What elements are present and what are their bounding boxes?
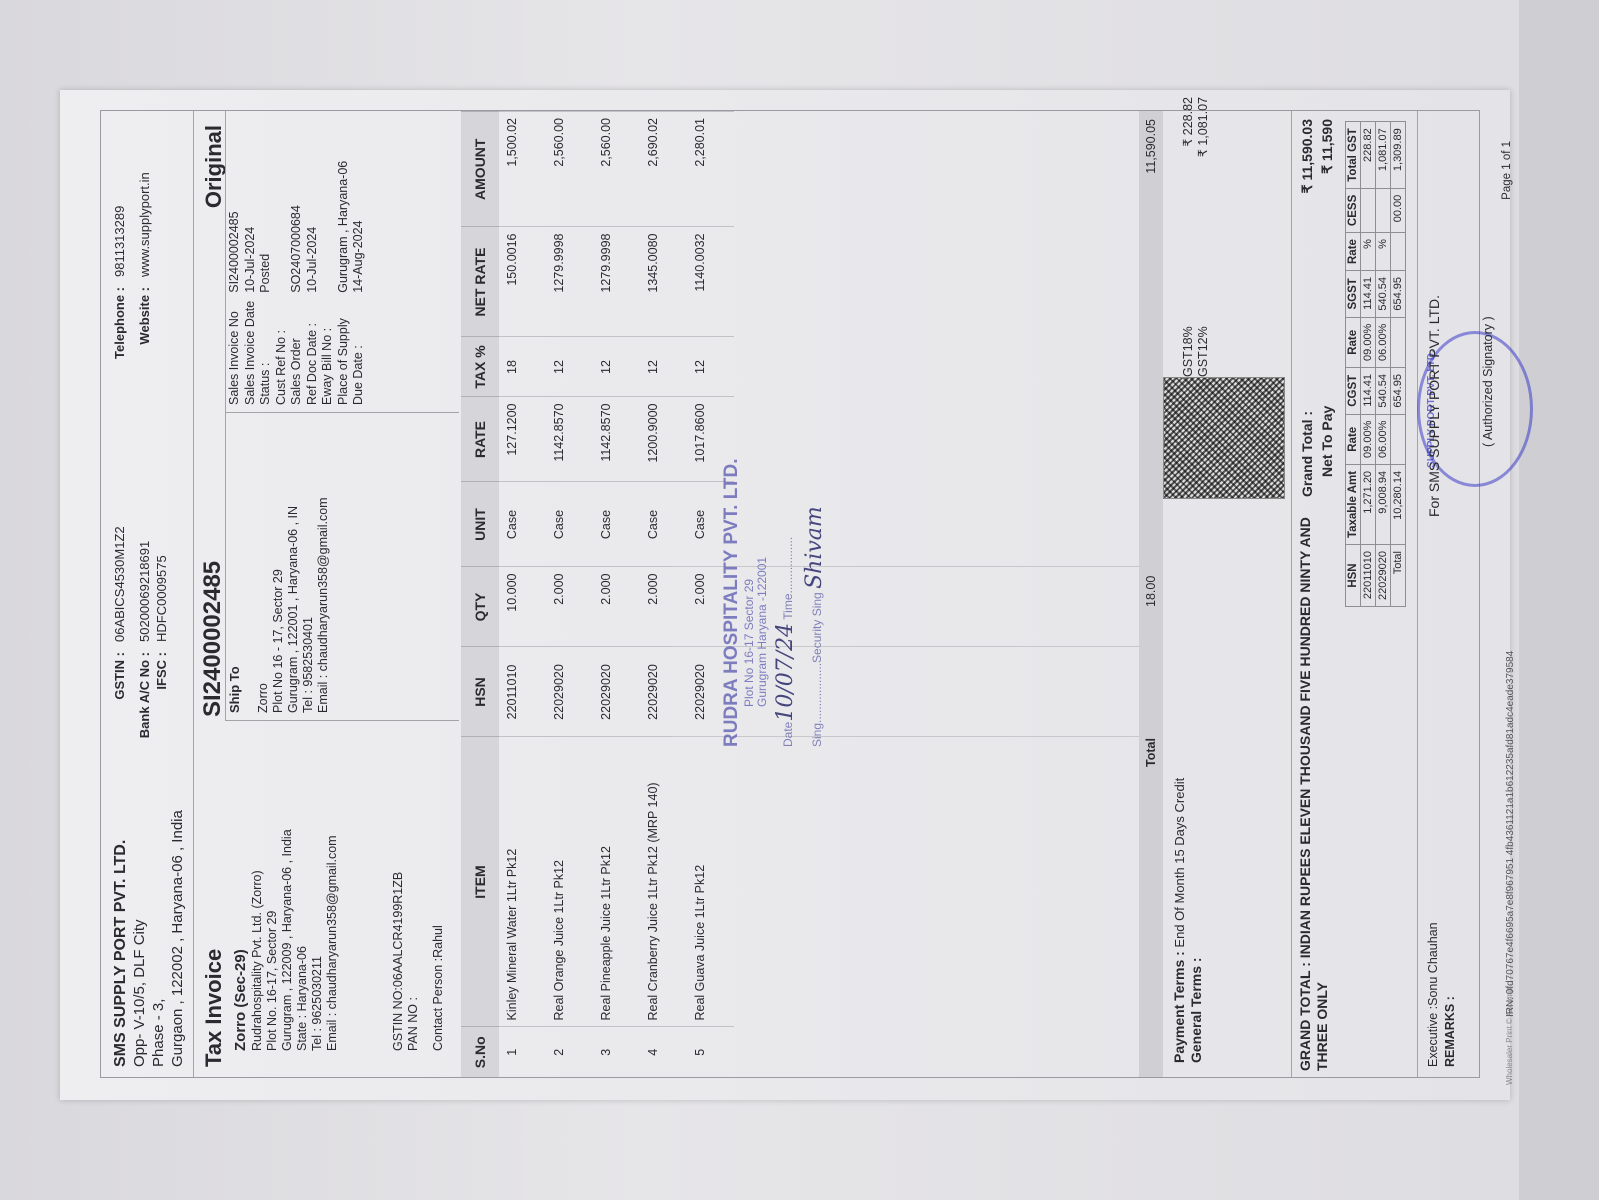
gst-summary-value: ₹ 1,081.07 [1196, 97, 1211, 157]
table-cell: 1200.9000 [640, 397, 687, 482]
table-cell: 22029020 [1376, 545, 1391, 607]
table-cell [1391, 317, 1406, 367]
telephone: 9811313289 [112, 206, 127, 277]
gst-summary-label: GST12% [1196, 326, 1210, 377]
table-row: 2Real Orange Juice 1Ltr Pk12220290202.00… [546, 112, 593, 1078]
table-cell: 2.000 [546, 567, 593, 647]
table-cell: 9,008.94 [1376, 464, 1391, 544]
table-cell: 12 [640, 337, 687, 397]
column-header: Rate [1346, 233, 1361, 271]
table-row: 1Kinley Mineral Water 1Ltr Pk12220110101… [499, 112, 546, 1078]
table-cell: 228.82 [1361, 122, 1376, 188]
table-cell: 06.00% [1376, 414, 1391, 464]
gst-summary-value: ₹ 228.82 [1181, 97, 1196, 147]
divider [193, 111, 194, 1077]
hsn-tax-table: HSNTaxable AmtRateCGSTRateSGSTRateCESSTo… [1345, 121, 1406, 607]
bill-to-block: Zorro (Sec-29) Rudrahospitality Pvt. Ltd… [233, 829, 340, 1051]
seller-address-line: Phase - 3, [149, 810, 168, 1067]
time-label: Time................. [781, 537, 795, 620]
bill-to-line: Email : chaudharyarun358@gmail.com [325, 829, 340, 1051]
table-cell: 10.000 [499, 567, 546, 647]
bill-to-line: Gurugram , 122009 , Haryana-06 , India [280, 829, 295, 1051]
table-cell: Total [1391, 545, 1406, 607]
buyer-pan: PAN NO : [406, 872, 421, 1051]
payment-terms-value: End Of Month 15 Days Credit [1172, 778, 1187, 948]
seller-contact-block: Telephone :9811313289 Website :www.suppl… [111, 172, 153, 377]
payment-terms-label: Payment Terms : [1171, 951, 1187, 1063]
meta-label: Status : [258, 293, 274, 405]
meta-row: Due Date :14-Aug-2024 [351, 153, 367, 405]
grand-total-value: ₹ 11,590.03 [1297, 119, 1317, 193]
table-cell: 12 [687, 337, 734, 397]
table-cell: 1142.8570 [593, 397, 640, 482]
bill-to-heading: Zorro (Sec-29) [233, 829, 248, 1051]
table-cell: 1142.8570 [546, 397, 593, 482]
meta-row: Ref Doc Date :10-Jul-2024 [305, 153, 321, 405]
table-cell [1391, 414, 1406, 464]
table-cell: 1279.9998 [546, 227, 593, 337]
column-header: CESS [1346, 188, 1361, 232]
net-to-pay-value: ₹ 11,590 [1317, 119, 1337, 193]
table-cell: 12 [546, 337, 593, 397]
table-cell: 3 [593, 1027, 640, 1077]
meta-label: Cust Ref No : [274, 293, 290, 405]
meta-label: Due Date : [351, 293, 367, 405]
meta-row: Sales Invoice NoSI2400002485 [227, 153, 243, 405]
table-cell: 1140.0032 [687, 227, 734, 337]
items-table: S.NoITEMHSNQTYUNITRATETAX %NET RATEAMOUN… [461, 111, 734, 1077]
document-title: Tax Invoice [201, 949, 227, 1067]
meta-row: Status :Posted [258, 153, 274, 405]
ship-to-line: Email : chaudharyarun358@gmail.com [316, 497, 331, 713]
column-header: HSN [461, 647, 499, 737]
meta-row: Eway Bill No : [320, 153, 336, 405]
contact-person: Contact Person :Rahul [431, 925, 445, 1051]
telephone-label: Telephone : [111, 287, 128, 377]
column-header: TAX % [461, 337, 499, 397]
invoice-number-heading: SI2400002485 [199, 561, 227, 717]
grand-total-values: ₹ 11,590.03 ₹ 11,590 [1297, 119, 1337, 193]
invoice-meta: Sales Invoice NoSI2400002485Sales Invoic… [227, 153, 367, 405]
table-cell: 1,309.89 [1391, 122, 1406, 188]
total-qty: 18.00 [1144, 576, 1158, 607]
bill-to-line: Tel : 9625030211 [310, 829, 325, 1051]
sign-label: Sing..................Security Sing [810, 592, 824, 747]
table-cell: 654.95 [1391, 271, 1406, 318]
divider [1417, 111, 1418, 1077]
table-cell: 150.0016 [499, 227, 546, 337]
column-header: HSN [1346, 545, 1361, 607]
column-header: Rate [1346, 414, 1361, 464]
seller-block: SMS SUPPLY PORT PVT. LTD. Opp- V-10/5, D… [111, 810, 187, 1067]
column-header: ITEM [461, 737, 499, 1027]
table-cell: Real Pineapple Juice 1Ltr Pk12 [593, 737, 640, 1027]
table-cell [1391, 233, 1406, 271]
bill-to-line: Plot No. 16-17, Sector 29 [265, 829, 280, 1051]
table-cell: Real Cranberry Juice 1Ltr Pk12 (MRP 140) [640, 737, 687, 1027]
meta-row: Sales Invoice Date10-Jul-2024 [243, 153, 259, 405]
meta-value [274, 153, 290, 293]
table-cell: 1,271.20 [1361, 464, 1376, 544]
table-cell: 1 [499, 1027, 546, 1077]
column-header: RATE [461, 397, 499, 482]
meta-label: Eway Bill No : [320, 293, 336, 405]
handwritten-date: 10/07/24 [773, 623, 798, 722]
table-cell [1361, 188, 1376, 232]
table-cell: Case [546, 482, 593, 567]
table-row: 220290209,008.9406.00%540.5406.00%540.54… [1376, 122, 1391, 607]
table-row: 3Real Pineapple Juice 1Ltr Pk12220290202… [593, 112, 640, 1078]
meta-value [320, 153, 336, 293]
column-header: AMOUNT [461, 112, 499, 228]
meta-label: Sales Invoice No [227, 293, 243, 405]
date-label: Date [781, 722, 795, 747]
seller-gstin: 06ABICS4530M1Z2 [112, 526, 127, 642]
column-header: Rate [1346, 317, 1361, 367]
meta-row: Place of SupplyGurugram , Haryana-06 [336, 153, 352, 405]
table-cell: 22029020 [546, 647, 593, 737]
table-cell: 654.95 [1391, 367, 1406, 414]
bill-to-line: State : Haryana-06 [295, 829, 310, 1051]
table-cell: 06.00% [1376, 317, 1391, 367]
seller-address-line: Gurgaon , 122002 , Haryana-06 , India [168, 810, 187, 1067]
column-header: CGST [1346, 367, 1361, 414]
grand-total-label: Grand Total : [1297, 406, 1317, 497]
general-terms-label: General Terms : [1188, 778, 1205, 1063]
gst-summary-label: GST18% [1181, 326, 1195, 377]
table-cell: Real Orange Juice 1Ltr Pk12 [546, 737, 593, 1027]
executive-block: Executive :Sonu Chauhan REMARKS : [1425, 922, 1459, 1067]
receiver-company: RUDRA HOSPITALITY PVT. LTD. [721, 458, 743, 747]
table-cell: 114.41 [1361, 367, 1376, 414]
meta-value: 14-Aug-2024 [351, 153, 367, 293]
ifsc-code: HDFC0009575 [154, 555, 169, 642]
ship-to-line: Tel : 9582530401 [301, 497, 316, 713]
invoice-paper: SMS SUPPLY PORT PVT. LTD. Opp- V-10/5, D… [60, 90, 1510, 1100]
meta-value: 10-Jul-2024 [243, 153, 259, 293]
table-cell: 12 [593, 337, 640, 397]
authorized-signatory: ( Authorized Signatory ) [1481, 316, 1495, 447]
page-number: Page 1 of 1 [1501, 141, 1513, 200]
table-cell: 2.000 [640, 567, 687, 647]
column-header: S.No [461, 1027, 499, 1077]
table-cell: % [1376, 233, 1391, 271]
table-cell: 127.1200 [499, 397, 546, 482]
invoice-frame: SMS SUPPLY PORT PVT. LTD. Opp- V-10/5, D… [100, 110, 1480, 1078]
table-cell: 5 [687, 1027, 734, 1077]
column-header: UNIT [461, 482, 499, 567]
table-cell: 2,280.01 [687, 112, 734, 228]
table-cell: Kinley Mineral Water 1Ltr Pk12 [499, 737, 546, 1027]
meta-label: Place of Supply [336, 293, 352, 405]
table-cell: 09.00% [1361, 317, 1376, 367]
table-cell: 540.54 [1376, 367, 1391, 414]
meta-value: SO2407000684 [289, 153, 305, 293]
divider [225, 111, 226, 721]
receiver-stamp: RUDRA HOSPITALITY PVT. LTD. Plot No 16-1… [721, 458, 827, 747]
table-cell: 09.00% [1361, 414, 1376, 464]
table-cell: 1345.0080 [640, 227, 687, 337]
background-surface [1519, 0, 1599, 1200]
table-cell: 1,081.07 [1376, 122, 1391, 188]
table-row: 4Real Cranberry Juice 1Ltr Pk12 (MRP 140… [640, 112, 687, 1078]
table-cell: 00.00 [1391, 188, 1406, 232]
table-cell: 18 [499, 337, 546, 397]
table-cell: 22029020 [593, 647, 640, 737]
table-cell: 4 [640, 1027, 687, 1077]
column-header: QTY [461, 567, 499, 647]
buyer-gstin: GSTIN NO:06AALCR4199R1ZB [391, 872, 406, 1051]
bank-label: Bank A/C No : [136, 652, 153, 747]
table-cell: Case [499, 482, 546, 567]
items-total-row: Total 18.00 11,590.05 [1139, 111, 1163, 1077]
meta-label: Ref Doc Date : [305, 293, 321, 405]
table-cell: 540.54 [1376, 271, 1391, 318]
divider [1291, 111, 1292, 1077]
for-company: For SMS SUPPLY PORT PVT. LTD. [1425, 295, 1443, 517]
table-cell: Real Guava Juice 1Ltr Pk12 [687, 737, 734, 1027]
website-label: Website : [136, 287, 153, 377]
divider [225, 720, 459, 721]
table-cell: 2.000 [593, 567, 640, 647]
gst-summary: GST18%₹ 228.82 GST12%₹ 1,081.07 [1181, 97, 1211, 377]
ship-to-line: Plot No 16 - 17, Sector 29 [271, 497, 286, 713]
bill-to-line: Rudrahospitality Pvt. Ltd. (Zorro) [250, 829, 265, 1051]
table-cell: 2,690.02 [640, 112, 687, 228]
table-row: 220110101,271.2009.00%114.4109.00%114.41… [1361, 122, 1376, 607]
column-header: SGST [1346, 271, 1361, 318]
meta-value: SI2400002485 [227, 153, 243, 293]
table-cell: 2,560.00 [593, 112, 640, 228]
ship-to-block: Ship To Zorro Plot No 16 - 17, Sector 29… [227, 497, 331, 713]
bank-account: 50200069218691 [137, 541, 152, 642]
ifsc-label: IFSC : [153, 652, 170, 747]
table-cell: 10,280.14 [1391, 464, 1406, 544]
divider [225, 412, 459, 413]
invoice-meta-table: Sales Invoice NoSI2400002485Sales Invoic… [227, 153, 367, 405]
table-cell: 2,560.00 [546, 112, 593, 228]
meta-value: Posted [258, 153, 274, 293]
table-cell: 1,500.02 [499, 112, 546, 228]
receiver-address: Gurugram Haryana -122001 [756, 458, 769, 707]
amount-in-words: GRAND TOTAL : INDIAN RUPEES ELEVEN THOUS… [1297, 511, 1331, 1071]
table-cell: 2 [546, 1027, 593, 1077]
table-cell: Case [593, 482, 640, 567]
table-cell: 1279.9998 [593, 227, 640, 337]
table-cell: 22011010 [1361, 545, 1376, 607]
net-to-pay-label: Net To Pay [1317, 406, 1337, 497]
table-cell: 114.41 [1361, 271, 1376, 318]
meta-row: Cust Ref No : [274, 153, 290, 405]
table-cell: 22011010 [499, 647, 546, 737]
executive-name: Executive :Sonu Chauhan [1425, 922, 1442, 1067]
column-header: Taxable Amt [1346, 464, 1361, 544]
website: www.supplyport.in [137, 172, 152, 277]
seller-address-line: Opp- V-10/5, DLF City [130, 810, 149, 1067]
meta-label: Sales Order [289, 293, 305, 405]
handwritten-signature: Shivam [802, 506, 827, 589]
table-cell: 22029020 [640, 647, 687, 737]
ship-to-line: Gurugram , 122001 , Haryana-06 , IN [286, 497, 301, 713]
qr-code [1163, 377, 1285, 499]
meta-value: Gurugram , Haryana-06 [336, 153, 352, 293]
meta-value: 10-Jul-2024 [305, 153, 321, 293]
meta-row: Sales OrderSO2407000684 [289, 153, 305, 405]
copy-label: Original [201, 125, 227, 208]
terms-block: Payment Terms : End Of Month 15 Days Cre… [1171, 778, 1205, 1063]
total-amount: 11,590.05 [1144, 119, 1158, 174]
column-header: Total GST [1346, 122, 1361, 188]
ship-to-line: Zorro [256, 497, 271, 713]
table-cell: Case [640, 482, 687, 567]
buyer-tax-ids: GSTIN NO:06AALCR4199R1ZB PAN NO : [391, 872, 421, 1051]
remarks-label: REMARKS : [1442, 922, 1459, 1067]
grand-total-labels: Grand Total : Net To Pay [1297, 406, 1337, 497]
total-label: Total [1144, 738, 1158, 767]
table-cell [1376, 188, 1391, 232]
table-cell: % [1361, 233, 1376, 271]
table-row: Total10,280.14654.95654.9500.001,309.89 [1391, 122, 1406, 607]
gstin-label: GSTIN : [111, 652, 128, 747]
seller-name: SMS SUPPLY PORT PVT. LTD. [111, 810, 130, 1067]
meta-label: Sales Invoice Date [243, 293, 259, 405]
ship-to-heading: Ship To [227, 497, 242, 713]
column-header: NET RATE [461, 227, 499, 337]
seller-tax-bank-block: GSTIN :06ABICS4530M1Z2 Bank A/C No :5020… [111, 526, 170, 747]
irn-number: IRN: 0fd70767e4f6695a7e8f967951 4fb43611… [1505, 651, 1516, 1017]
